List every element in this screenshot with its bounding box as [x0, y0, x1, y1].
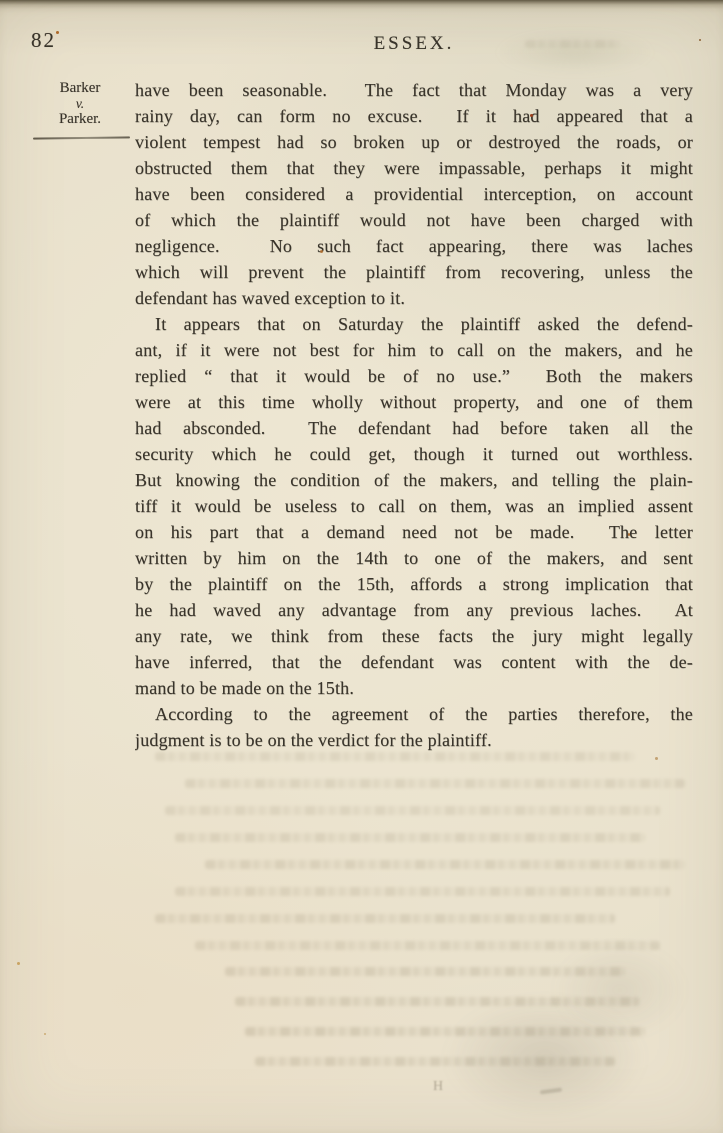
bleedthrough-line: [155, 914, 615, 923]
text-line: mand to be made on the 15th.: [135, 675, 693, 701]
text-line: of which the plaintiff would not have be…: [135, 207, 693, 233]
paragraph: have been seasonable. The fact that Mond…: [135, 77, 693, 311]
bleedthrough-line: [175, 833, 645, 842]
text-line: had absconded. The defendant had before …: [135, 415, 693, 441]
page-number: 82: [31, 28, 56, 53]
ink-speck: [655, 757, 658, 760]
paragraph: It appears that on Saturday the plaintif…: [135, 311, 693, 701]
bleedthrough-line: [225, 967, 625, 976]
text-line: ant, if it were not best for him to call…: [135, 337, 693, 363]
ink-speck: [17, 962, 20, 965]
sidenote-party2: Parker.: [28, 111, 132, 127]
bleedthrough-line: [245, 1027, 645, 1036]
bleedthrough-line: [235, 997, 640, 1006]
ink-speck: [56, 31, 59, 34]
bleedthrough-line: [255, 1057, 615, 1066]
scan-smudge: [410, 975, 680, 1133]
body-text: have been seasonable. The fact that Mond…: [135, 77, 693, 753]
scanned-book-page: H 82 ESSEX. Barker v. Parker. have been …: [0, 0, 723, 1133]
ink-speck: [699, 39, 701, 41]
text-line: obstructed them that they were impassabl…: [135, 155, 693, 181]
paragraph: According to the agreement of the partie…: [135, 701, 693, 753]
sidenote-versus: v.: [28, 96, 132, 111]
text-line: It appears that on Saturday the plaintif…: [135, 311, 693, 337]
sidenote-party1: Barker: [28, 80, 132, 96]
text-line: have inferred, that the defendant was co…: [135, 649, 693, 675]
text-line: written by him on the 14th to one of the…: [135, 545, 693, 571]
text-line: have been seasonable. The fact that Mond…: [135, 77, 693, 103]
bleedthrough-line: [195, 941, 660, 950]
text-line: rainy day, can form no excuse. If it had…: [135, 103, 693, 129]
running-head: ESSEX.: [135, 33, 693, 55]
text-line: have been considered a providential inte…: [135, 181, 693, 207]
text-line: tiff it would be useless to call on them…: [135, 493, 693, 519]
bleedthrough-line: [175, 887, 670, 896]
faint-signature-mark: H: [433, 1079, 443, 1095]
page-top-edge-shadow: [0, 0, 723, 17]
bleedthrough-line: [185, 779, 685, 788]
text-line: replied “ that it would be of no use.” B…: [135, 363, 693, 389]
text-line: negligence. No such fact appearing, ther…: [135, 233, 693, 259]
ink-smear: [540, 1087, 562, 1094]
case-sidenote: Barker v. Parker.: [28, 80, 132, 127]
text-line: on his part that a demand need not be ma…: [135, 519, 693, 545]
ink-speck: [44, 1033, 46, 1035]
text-line: by the plaintiff on the 15th, affords a …: [135, 571, 693, 597]
text-line: security which he could get, though it t…: [135, 441, 693, 467]
text-line: defendant has waved exception to it.: [135, 285, 693, 311]
scan-smudge: [530, 925, 710, 1055]
text-line: which will prevent the plaintiff from re…: [135, 259, 693, 285]
text-line: were at this time wholly without propert…: [135, 389, 693, 415]
text-line: According to the agreement of the partie…: [135, 701, 693, 727]
text-line: any rate, we think from these facts the …: [135, 623, 693, 649]
bleedthrough-line: [155, 752, 635, 761]
bleedthrough-line: [205, 860, 685, 869]
sidenote-rule: [33, 136, 130, 139]
bleedthrough-line: [165, 806, 660, 815]
text-line: he had waved any advantage from any prev…: [135, 597, 693, 623]
text-line: But knowing the condition of the makers,…: [135, 467, 693, 493]
text-line: judgment is to be on the verdict for the…: [135, 727, 693, 753]
text-line: violent tempest had so broken up or dest…: [135, 129, 693, 155]
